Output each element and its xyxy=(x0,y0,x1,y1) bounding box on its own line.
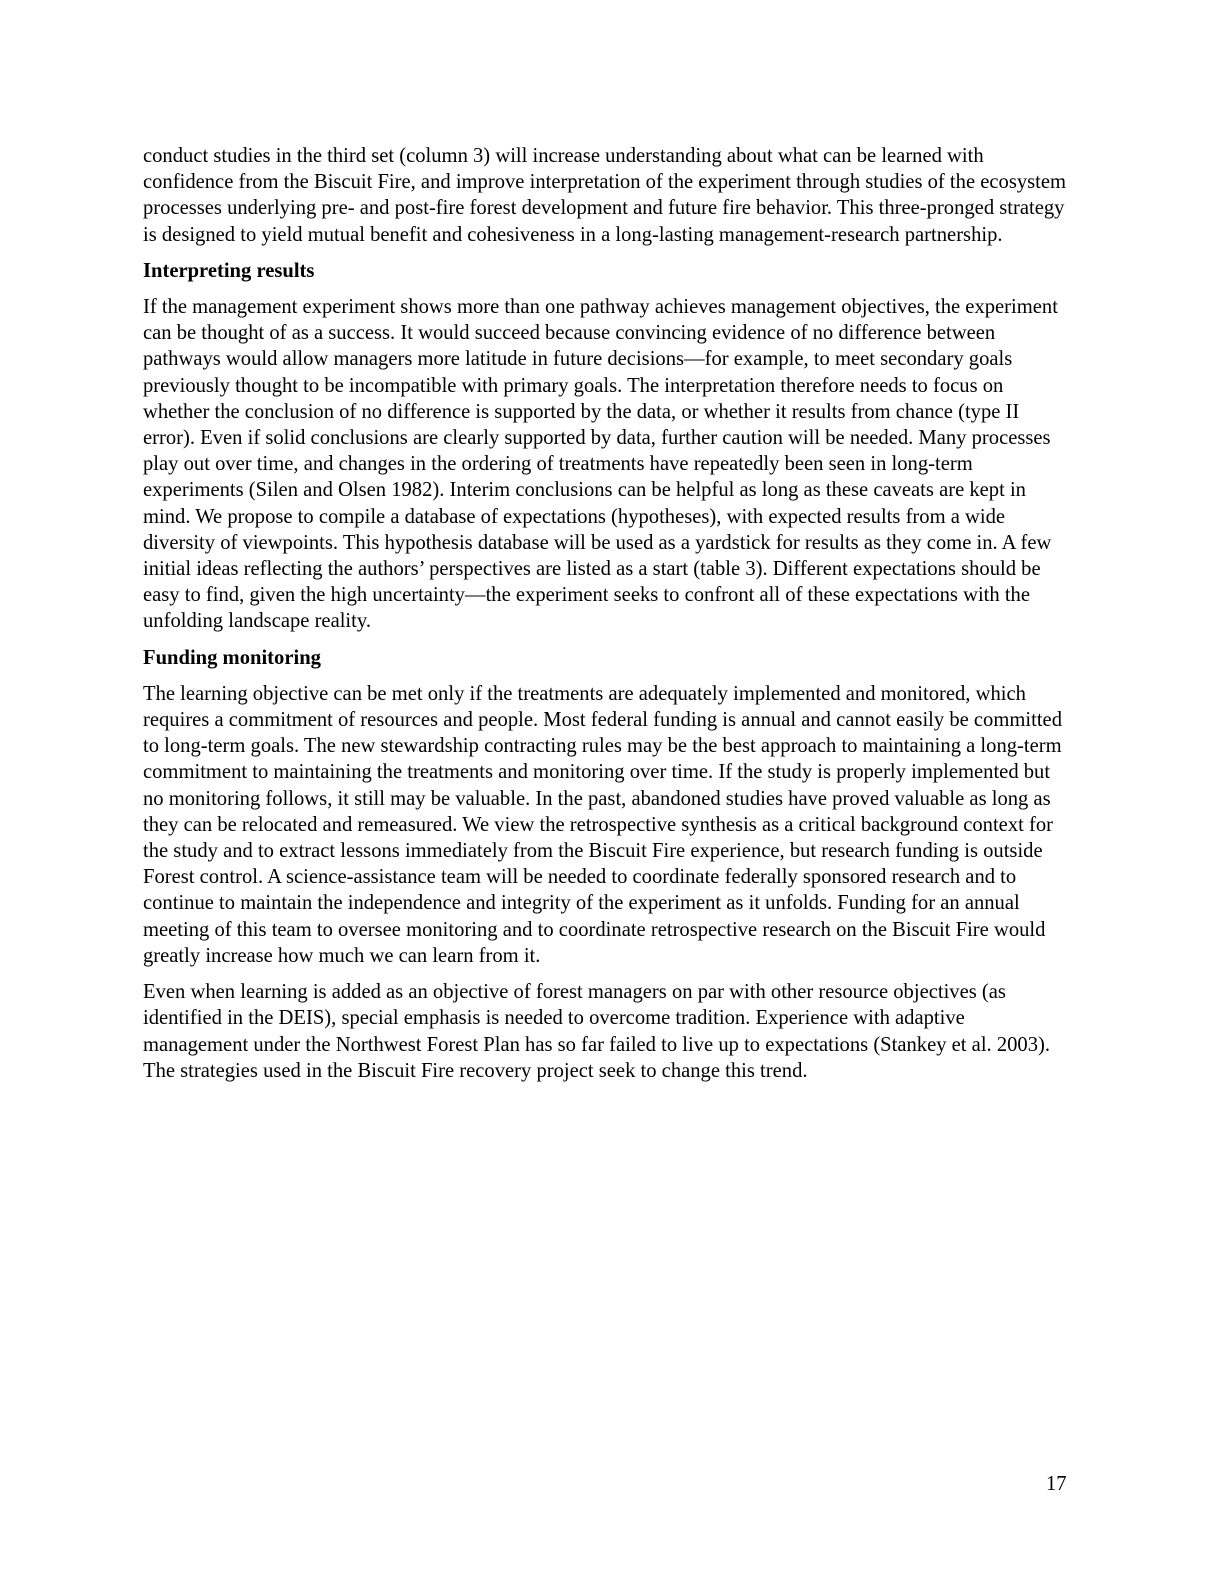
page-number: 17 xyxy=(1046,1473,1067,1496)
paragraph-funding-monitoring: The learning objective can be met only i… xyxy=(143,681,1073,969)
heading-interpreting-results: Interpreting results xyxy=(143,258,1073,284)
paragraph-interpreting-results: If the management experiment shows more … xyxy=(143,294,1073,635)
paragraph-learning-objective: Even when learning is added as an object… xyxy=(143,979,1073,1084)
heading-funding-monitoring: Funding monitoring xyxy=(143,645,1073,671)
paragraph-continuation: conduct studies in the third set (column… xyxy=(143,143,1073,248)
document-page: conduct studies in the third set (column… xyxy=(143,143,1073,1094)
